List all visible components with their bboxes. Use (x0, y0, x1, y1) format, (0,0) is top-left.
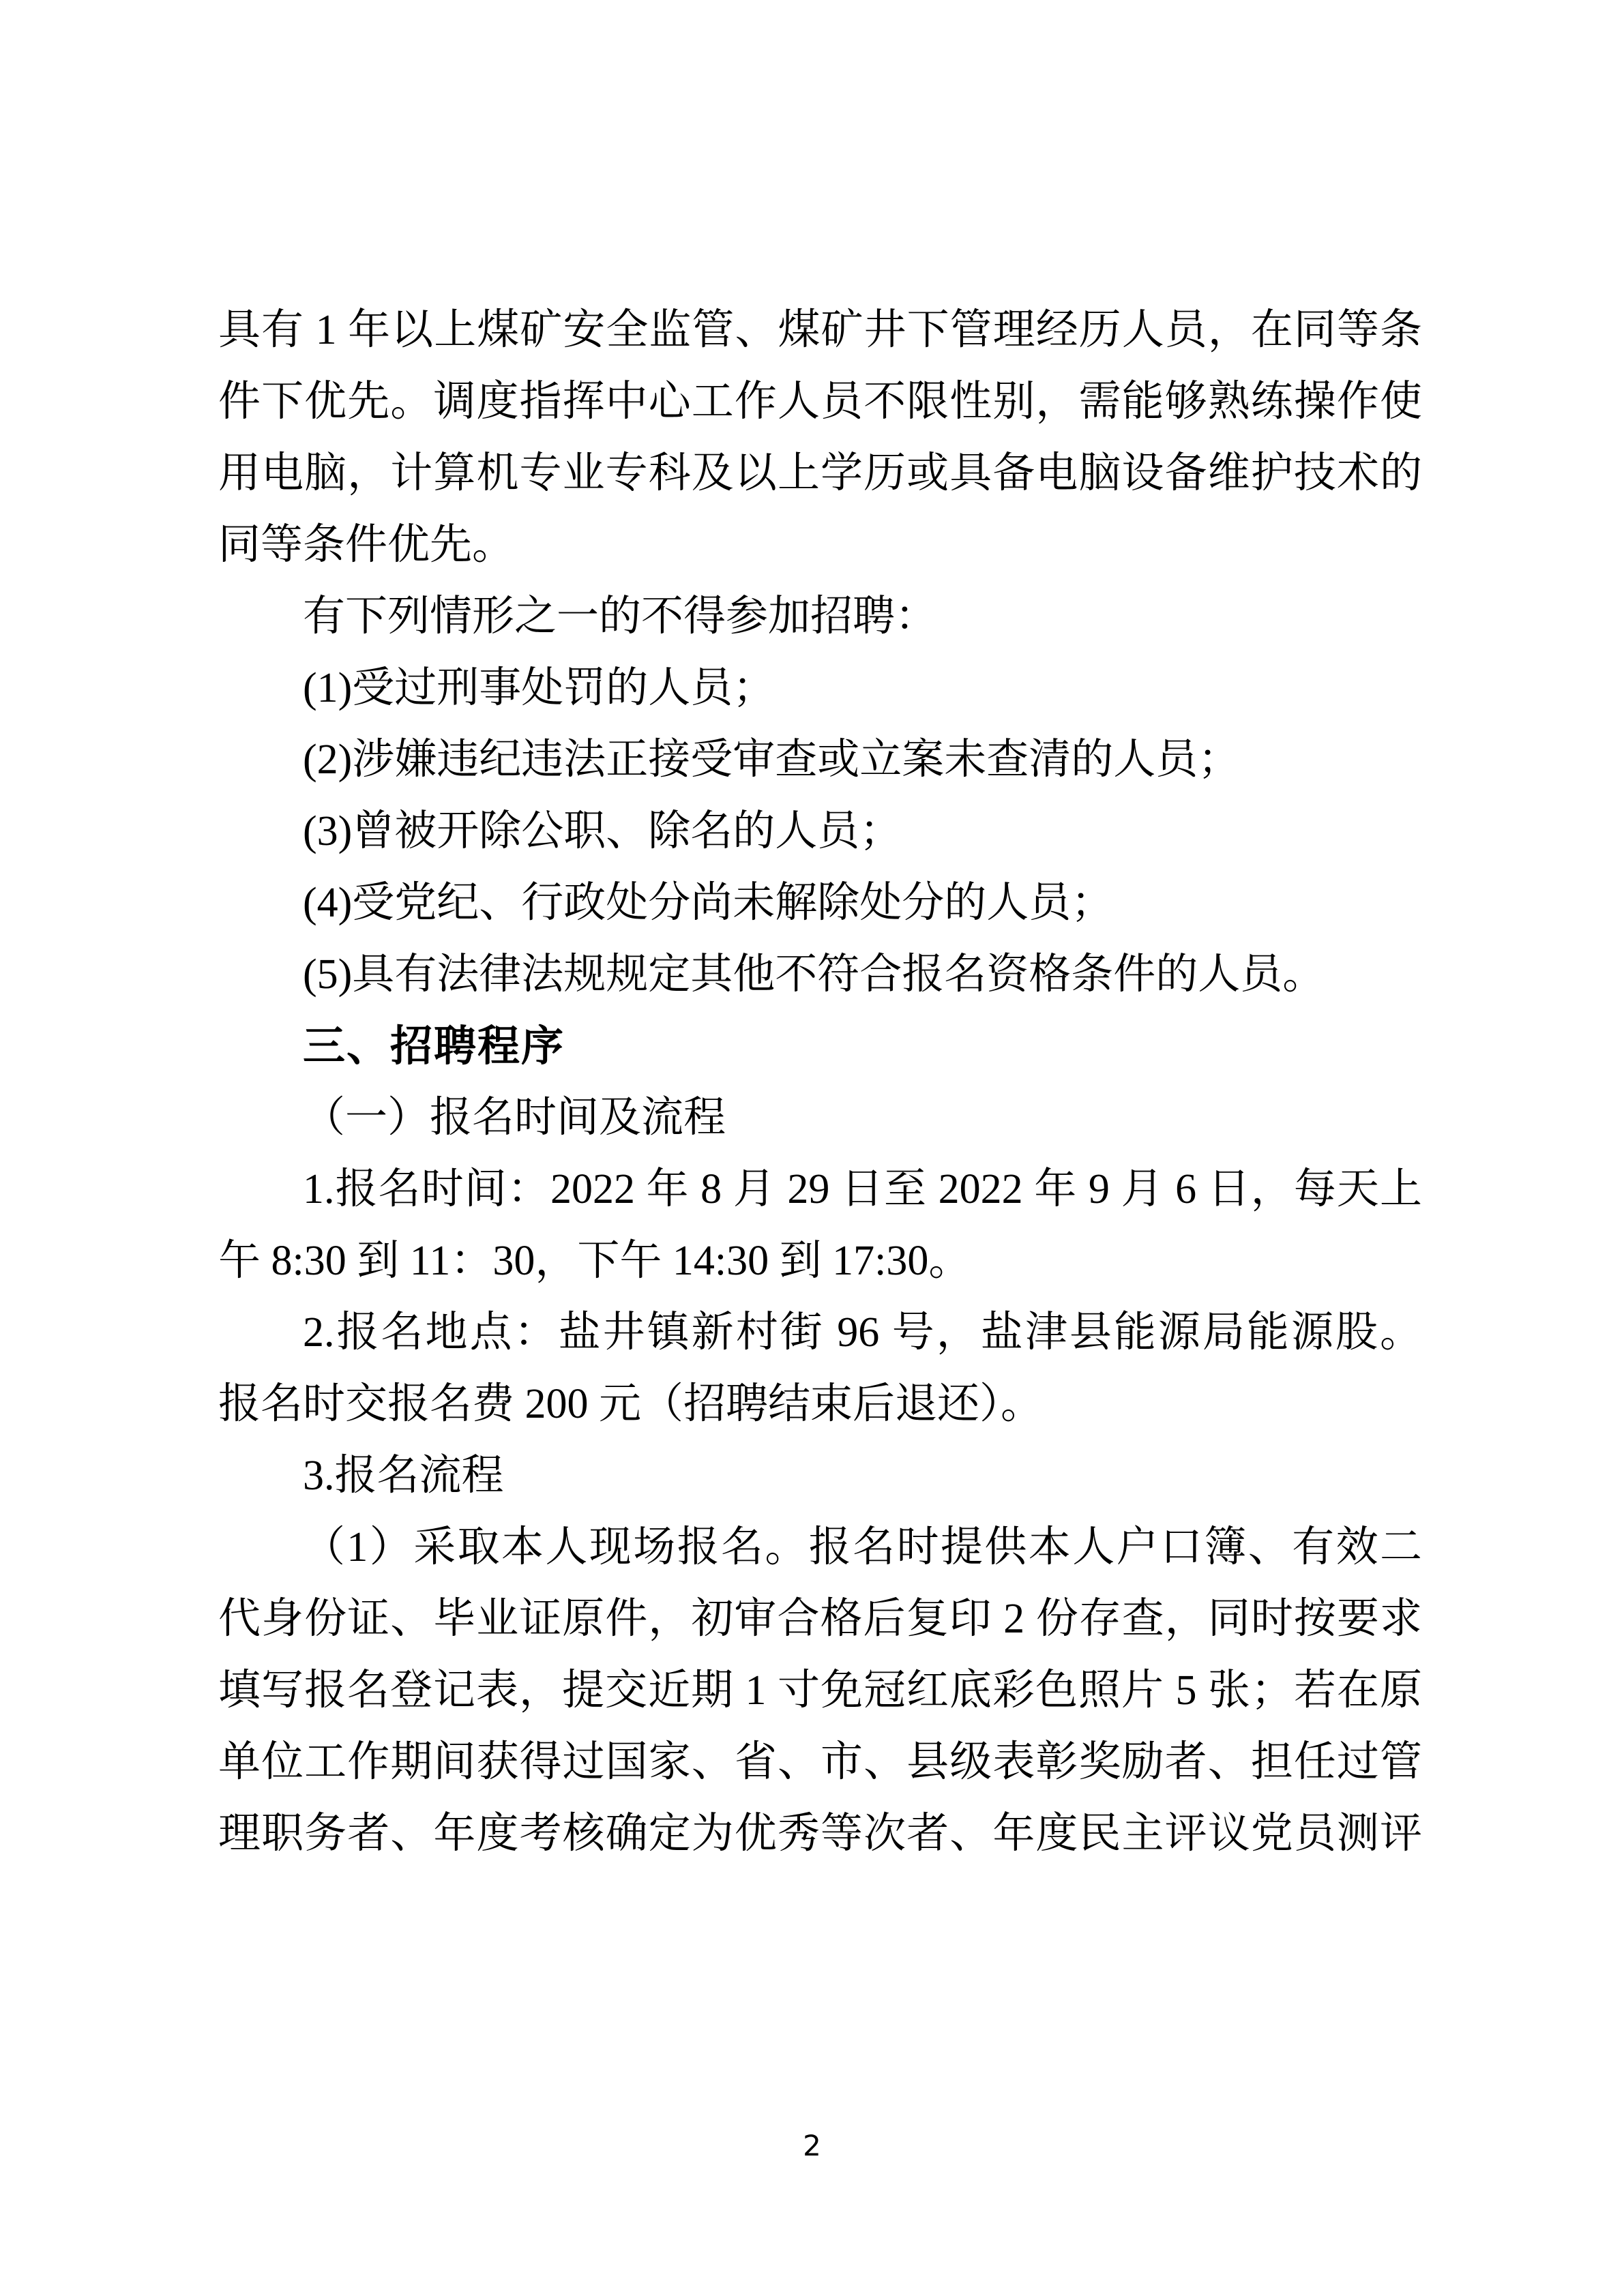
text-line: 有下列情形之一的不得参加招聘： (218, 581, 1422, 653)
text-line: （1）采取本人现场报名。报名时提供本人户口簿、有效二 (218, 1512, 1422, 1583)
text-line: （一）报名时间及流程 (218, 1082, 1422, 1154)
text-line: 1.报名时间：2022 年 8 月 29 日至 2022 年 9 月 6 日，每… (218, 1154, 1422, 1225)
text-line: 用电脑，计算机专业专科及以上学历或具备电脑设备维护技术的 (218, 438, 1422, 509)
text-line: 代身份证、毕业证原件，初审合格后复印 2 份存查，同时按要求 (218, 1583, 1422, 1655)
text-line: 件下优先。调度指挥中心工作人员不限性别，需能够熟练操作使 (218, 366, 1422, 438)
text-line: 2.报名地点：盐井镇新村街 96 号，盐津县能源局能源股。 (218, 1297, 1422, 1369)
text-line: (2)涉嫌违纪违法正接受审查或立案未查清的人员； (218, 724, 1422, 796)
text-line: 同等条件优先。 (218, 509, 1422, 581)
section-heading: 三、招聘程序 (218, 1011, 1422, 1082)
text-line: 单位工作期间获得过国家、省、市、县级表彰奖励者、担任过管 (218, 1727, 1422, 1798)
text-line: 理职务者、年度考核确定为优秀等次者、年度民主评议党员测评 (218, 1798, 1422, 1870)
text-line: 填写报名登记表，提交近期 1 寸免冠红底彩色照片 5 张；若在原 (218, 1655, 1422, 1727)
document-body: 具有 1 年以上煤矿安全监管、煤矿井下管理经历人员，在同等条件下优先。调度指挥中… (218, 295, 1422, 1870)
text-line: 午 8:30 到 11：30，下午 14:30 到 17:30。 (218, 1225, 1422, 1297)
text-line: 报名时交报名费 200 元（招聘结束后退还）。 (218, 1369, 1422, 1440)
page-number: 2 (0, 2129, 1624, 2162)
text-line: (3)曾被开除公职、除名的人员； (218, 796, 1422, 867)
document-page: 具有 1 年以上煤矿安全监管、煤矿井下管理经历人员，在同等条件下优先。调度指挥中… (0, 0, 1624, 2296)
text-line: (5)具有法律法规规定其他不符合报名资格条件的人员。 (218, 939, 1422, 1011)
text-line: 3.报名流程 (218, 1440, 1422, 1512)
text-line: (4)受党纪、行政处分尚未解除处分的人员； (218, 867, 1422, 939)
text-line: (1)受过刑事处罚的人员； (218, 653, 1422, 724)
text-line: 具有 1 年以上煤矿安全监管、煤矿井下管理经历人员，在同等条 (218, 295, 1422, 366)
